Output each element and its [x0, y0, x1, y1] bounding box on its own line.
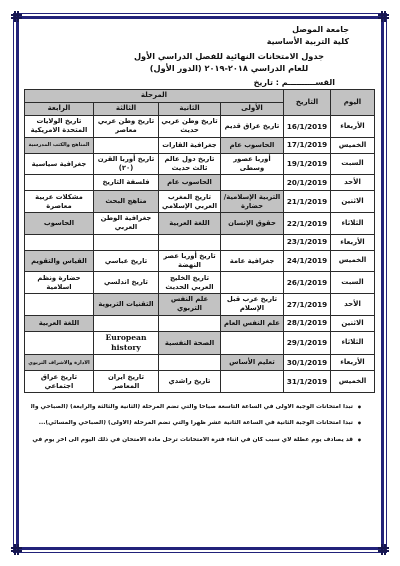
exam-cell — [24, 331, 93, 355]
university-name: جامعة الموصل — [25, 24, 375, 36]
day-cell: الاثنين — [331, 191, 375, 213]
table-row: الأحد20/1/2019الحاسوب عامفلسفة التاريخ — [24, 175, 374, 191]
exam-cell — [24, 234, 93, 250]
exam-cell — [94, 315, 159, 331]
document-title: جدول الامتحانات النهائية للفصل الدراسي ا… — [83, 50, 375, 62]
table-row: الأربعاء23/1/2019 — [24, 234, 374, 250]
exam-cell: تاريخ دول عالم ثالث حديث — [159, 153, 221, 175]
exam-cell: حقوق الإنسان — [221, 212, 284, 234]
note-item: قد يصادف يوم عطلة لأي سبب كان في اثناء ف… — [31, 437, 362, 443]
day-cell: الخميس — [331, 371, 375, 393]
col-header-stage: المرحلة — [24, 89, 283, 102]
exam-cell — [221, 175, 284, 191]
day-cell: السبت — [331, 153, 375, 175]
exam-cell: الادارة والاشراف التربوي — [24, 355, 93, 371]
exam-cell: تاريخ راشدي — [159, 371, 221, 393]
exam-cell: تاريخ أوربا عصر النهضة — [159, 250, 221, 272]
corner-ornament-icon — [378, 544, 389, 555]
table-header: اليوم التاريخ المرحلة الأولى الثانية الث… — [24, 89, 374, 115]
col-header-date: التاريخ — [284, 89, 331, 115]
col-header-stage-4: الرابعة — [24, 102, 93, 115]
date-cell: 26/1/2019 — [284, 272, 331, 294]
table-row: السبت19/1/2019أوربا عصور وسطىتاريخ دول ع… — [24, 153, 374, 175]
exam-cell: تاريخ عراق اجتماعي — [24, 371, 93, 393]
day-cell: الاثنين — [331, 315, 375, 331]
exam-cell: القياس والتقويم — [24, 250, 93, 272]
exam-cell: تاريخ الخليج العربي الحديث — [159, 272, 221, 294]
exam-cell: اللغة العربية — [24, 315, 93, 331]
table-row: الخميس17/1/2019الحاسوب عامجغرافية القارا… — [24, 137, 374, 153]
date-cell: 21/1/2019 — [284, 191, 331, 213]
day-cell: الأحد — [331, 293, 375, 315]
table-row: الأربعاء16/1/2019تاريخ عراق قديمتاريخ وط… — [24, 115, 374, 137]
exam-cell: تاريخ وطن عربي حديث — [159, 115, 221, 137]
exam-cell: مناهج البحث — [94, 191, 159, 213]
exam-cell: الصحة النفسية — [159, 331, 221, 355]
exam-cell — [24, 175, 93, 191]
day-cell: الثلاثاء — [331, 331, 375, 355]
exam-cell — [221, 331, 284, 355]
date-cell: 19/1/2019 — [284, 153, 331, 175]
exam-cell — [159, 234, 221, 250]
exam-cell: جغرافية القارات — [159, 137, 221, 153]
exam-cell: جغرافية سياسية — [24, 153, 93, 175]
scanned-document-page: { "page": { "university": "جامعة الموصل"… — [0, 0, 400, 566]
date-cell: 31/1/2019 — [284, 371, 331, 393]
exam-cell: تاريخ وطن عربي معاصر — [94, 115, 159, 137]
day-cell: الخميس — [331, 137, 375, 153]
exam-cell: فلسفة التاريخ — [94, 175, 159, 191]
department-label: القســــــــــم : تاريخ — [25, 78, 375, 87]
exam-cell — [94, 355, 159, 371]
exam-cell: اللغة العربية — [159, 212, 221, 234]
table-row: الخميس24/1/2019جغرافية عامةتاريخ أوربا ع… — [24, 250, 374, 272]
col-header-stage-3: الثالثة — [94, 102, 159, 115]
exam-cell — [221, 272, 284, 294]
exam-cell — [159, 315, 221, 331]
exam-cell — [159, 355, 221, 371]
exam-cell: تاريخ ايران المعاصر — [94, 371, 159, 393]
exam-cell: تاريخ عباسي — [94, 250, 159, 272]
day-cell: الأربعاء — [331, 115, 375, 137]
exam-cell: تاريخ عرب قبل الإسلام — [221, 293, 284, 315]
exam-cell: تاريخ اندلسي — [94, 272, 159, 294]
table-row: الثلاثاء29/1/2019الصحة النفسيةEuropean h… — [24, 331, 374, 355]
note-item: تبدأ امتحانات الوجبة الأولى في الساعة ال… — [31, 404, 362, 410]
table-row: الخميس31/1/2019تاريخ راشديتاريخ ايران ال… — [24, 371, 374, 393]
document-subtitle: للعام الدراسي ٢٠١٨-٢٠١٩ (الدور الأول) — [83, 62, 375, 74]
table-row: الأربعاء30/1/2019تعليم الأساسالادارة وال… — [24, 355, 374, 371]
exam-cell: علم النفس العام — [221, 315, 284, 331]
exam-cell: حضارة ونظم اسلامية — [24, 272, 93, 294]
table-row: الاثنين21/1/2019التربية الإسلامية/حضارةت… — [24, 191, 374, 213]
table-row: الاثنين28/1/2019علم النفس العاماللغة الع… — [24, 315, 374, 331]
exam-cell: تعليم الأساس — [221, 355, 284, 371]
col-header-stage-2: الثانية — [159, 102, 221, 115]
day-cell: الخميس — [331, 250, 375, 272]
col-header-day: اليوم — [331, 89, 375, 115]
day-cell: الأحد — [331, 175, 375, 191]
exam-cell: جغرافية الوطن العربي — [94, 212, 159, 234]
exam-cell: الحاسوب عام — [221, 137, 284, 153]
date-cell: 20/1/2019 — [284, 175, 331, 191]
exam-cell: مشكلات عربية معاصرة — [24, 191, 93, 213]
exam-cell: التقنيات التربوية — [94, 293, 159, 315]
table-row: الأحد27/1/2019تاريخ عرب قبل الإسلامعلم ا… — [24, 293, 374, 315]
exam-cell: أوربا عصور وسطى — [221, 153, 284, 175]
date-cell: 23/1/2019 — [284, 234, 331, 250]
header-row-top: اليوم التاريخ المرحلة — [24, 89, 374, 102]
exam-cell: جغرافية عامة — [221, 250, 284, 272]
table-row: السبت26/1/2019تاريخ الخليج العربي الحديث… — [24, 272, 374, 294]
exam-cell: التربية الإسلامية/حضارة — [221, 191, 284, 213]
exam-cell: المناهج والكتب المدرسية — [24, 137, 93, 153]
exam-cell — [221, 234, 284, 250]
exam-cell: تاريخ عراق قديم — [221, 115, 284, 137]
col-header-stage-1: الأولى — [221, 102, 284, 115]
exam-cell: تاريخ المغرب العربي الإسلامي — [159, 191, 221, 213]
college-name: كلية التربية الأساسية — [25, 36, 375, 48]
exam-cell — [94, 137, 159, 153]
exam-cell — [24, 293, 93, 315]
date-cell: 17/1/2019 — [284, 137, 331, 153]
exam-cell — [94, 234, 159, 250]
corner-ornament-icon — [11, 544, 22, 555]
table-row: الثلاثاء22/1/2019حقوق الإنساناللغة العرب… — [24, 212, 374, 234]
date-cell: 27/1/2019 — [284, 293, 331, 315]
day-cell: الأربعاء — [331, 234, 375, 250]
date-cell: 16/1/2019 — [284, 115, 331, 137]
date-cell: 30/1/2019 — [284, 355, 331, 371]
document-content: جامعة الموصل كلية التربية الأساسية جدول … — [25, 24, 375, 453]
exam-cell: الحاسوب — [24, 212, 93, 234]
exam-schedule-table: اليوم التاريخ المرحلة الأولى الثانية الث… — [24, 89, 375, 393]
note-item: تبدأ امتحانات الوجبة الثانية في الساعة ا… — [31, 420, 362, 426]
date-cell: 22/1/2019 — [284, 212, 331, 234]
exam-cell: الحاسوب عام — [159, 175, 221, 191]
date-cell: 29/1/2019 — [284, 331, 331, 355]
exam-cell: تاريخ أوربا القرن (٢٠) — [94, 153, 159, 175]
title-block: جدول الامتحانات النهائية للفصل الدراسي ا… — [25, 50, 375, 75]
date-cell: 28/1/2019 — [284, 315, 331, 331]
corner-ornament-icon — [11, 11, 22, 22]
day-cell: السبت — [331, 272, 375, 294]
exam-cell — [221, 371, 284, 393]
notes-list: تبدأ امتحانات الوجبة الأولى في الساعة ال… — [25, 404, 375, 443]
day-cell: الثلاثاء — [331, 212, 375, 234]
exam-cell: European history — [94, 331, 159, 355]
exam-cell: تاريخ الولايات المتحدة الامريكية — [24, 115, 93, 137]
date-cell: 24/1/2019 — [284, 250, 331, 272]
exam-table-body: الأربعاء16/1/2019تاريخ عراق قديمتاريخ وط… — [24, 115, 374, 392]
day-cell: الأربعاء — [331, 355, 375, 371]
exam-cell: علم النفس التربوي — [159, 293, 221, 315]
corner-ornament-icon — [378, 11, 389, 22]
